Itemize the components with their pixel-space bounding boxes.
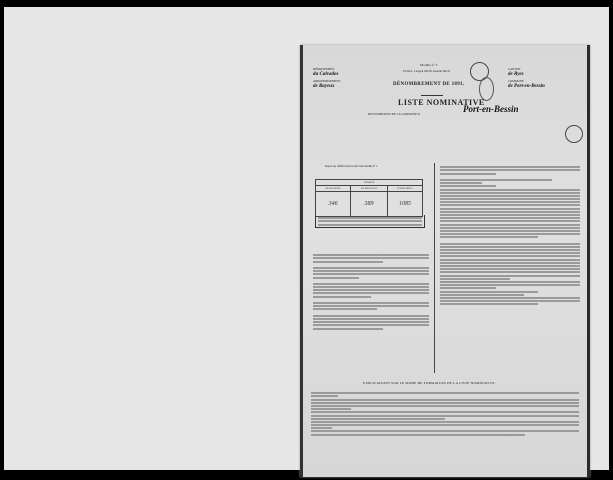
report-caption: Report des chiffres inscrits dans l'état… (325, 165, 378, 169)
table-note (315, 215, 425, 228)
column-divider (434, 163, 435, 373)
modele-label: Modèle n° 3 (420, 63, 437, 67)
canton-block: CANTON de Ryes COMMUNE de Port-en-Bessin (508, 66, 545, 90)
habitants-label: DES HABITANTS DE LA COMMUNE D (368, 112, 420, 116)
census-sheet: DÉPARTEMENT du Calvados ARRONDISSEMENT d… (300, 45, 590, 477)
document-viewer: DÉPARTEMENT du Calvados ARRONDISSEMENT d… (4, 7, 609, 470)
divider (421, 95, 443, 96)
left-instructions (313, 253, 429, 331)
format-label: Format : Largeur 0m,36, hauteur 0m,51 (403, 69, 451, 73)
commune-name: Port-en-Bessin (463, 107, 519, 111)
population-table: NOMBRE DE MAISONS DE MÉNAGES D'INDIVIDUS… (315, 179, 423, 217)
archive-stamp-right (565, 125, 583, 143)
right-instructions (440, 165, 580, 306)
explanation-title: EXPLICATIONS SUR LE MODE DE FORMATION DE… (363, 381, 496, 385)
value-individus: 1085 (387, 192, 422, 217)
departement-block: DÉPARTEMENT du Calvados ARRONDISSEMENT d… (313, 66, 340, 90)
explanation-text (311, 391, 579, 437)
value-menages: 389 (351, 192, 388, 217)
census-title: DÉNOMBREMENT DE 1891. (393, 83, 464, 87)
value-maisons: 346 (316, 192, 351, 217)
